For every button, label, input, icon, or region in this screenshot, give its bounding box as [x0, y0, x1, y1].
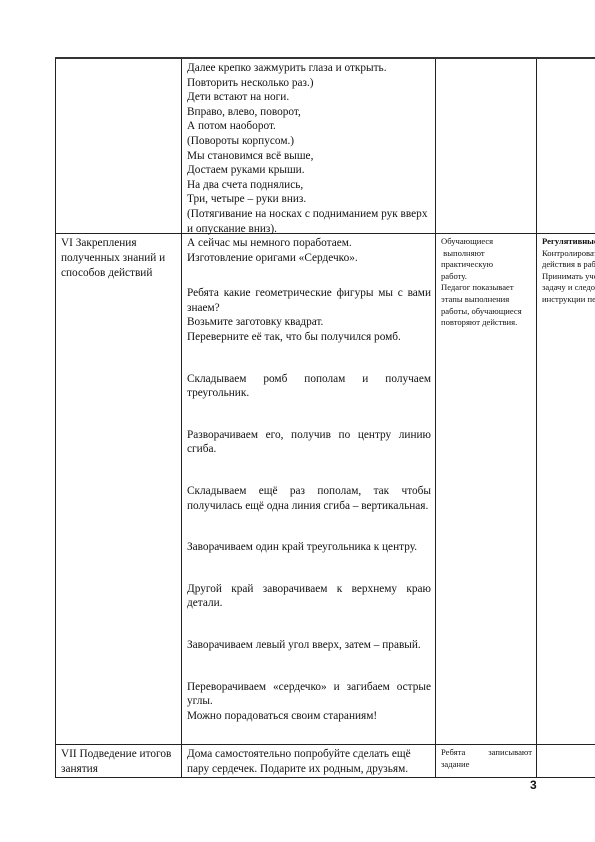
content-line: Достаем руками крыши. — [187, 163, 431, 178]
activity-line: Обучающиеся — [441, 236, 532, 248]
content-line: Вправо, влево, поворот, — [187, 105, 431, 120]
content-line: Дети встают на ноги. — [187, 90, 431, 105]
uud-cell — [536, 59, 595, 233]
activity-line: работу. — [441, 271, 532, 283]
content-cell: Дома самостоятельно попробуйте сделать е… — [181, 745, 435, 777]
content-line: А сейчас мы немного поработаем. — [187, 236, 431, 251]
activity-line: Педагог показывает этапы выполнения рабо… — [441, 282, 532, 328]
spacer — [187, 555, 431, 582]
uud-line: действия в работе — [542, 259, 595, 271]
step: Другой край заворачиваем к верхнему краю… — [187, 582, 431, 611]
activity-line: выполняют — [441, 248, 532, 260]
content-line: Можно порадоваться своим стараниям! — [187, 709, 431, 724]
content-line: Возьмите заготовку квадрат. — [187, 315, 431, 330]
content-line: Три, четыре – руки вниз. — [187, 192, 431, 207]
step: Заворачиваем один край треугольника к це… — [187, 540, 431, 555]
uud-cell: Регулятивные Контролировать действия в р… — [536, 234, 595, 744]
step: Переворачиваем «сердечко» и загибаем ост… — [187, 680, 431, 709]
table-row: VII Подведение итогов занятия Дома самос… — [55, 745, 595, 778]
uud-line: задачу и следовать — [542, 282, 595, 294]
content-cell: Далее крепко зажмурить глаза и открыть. … — [181, 59, 435, 233]
content-line: Ребята какие геометрические фигуры мы с … — [187, 286, 431, 315]
page-number: 3 — [530, 778, 537, 792]
content-line: (Потягивание на носках с подниманием рук… — [187, 207, 431, 236]
step: Складываем ещё раз пополам, так чтобы по… — [187, 484, 431, 513]
stage-cell: VII Подведение итогов занятия — [55, 745, 181, 777]
content-line: Мы становимся всё выше, — [187, 149, 431, 164]
spacer — [187, 513, 431, 540]
activity-cell: Обучающиеся выполняют практическую работ… — [435, 234, 536, 744]
spacer — [187, 611, 431, 638]
content-line: Переверните её так, что бы получился ром… — [187, 330, 431, 345]
uud-title: Регулятивные — [542, 236, 595, 248]
step: Складываем ромб пополам и получаем треуг… — [187, 372, 431, 401]
step: Разворачиваем его, получив по центру лин… — [187, 428, 431, 457]
table-row: Далее крепко зажмурить глаза и открыть. … — [55, 59, 595, 234]
lesson-plan-table: Далее крепко зажмурить глаза и открыть. … — [55, 57, 595, 778]
content-line: А потом наоборот. — [187, 119, 431, 134]
activity-line: практическую — [441, 259, 532, 271]
content-line: На два счета поднялись, — [187, 178, 431, 193]
content-line: Дома самостоятельно попробуйте сделать е… — [187, 747, 431, 776]
spacer — [187, 345, 431, 372]
content-line: Изготовление оригами «Сердечко». — [187, 251, 431, 266]
step: Заворачиваем левый угол вверх, затем – п… — [187, 638, 431, 653]
stage-cell — [55, 59, 181, 233]
spacer — [187, 457, 431, 484]
content-line: Повторить несколько раз.) — [187, 76, 431, 91]
uud-line: Принимать учебную — [542, 271, 595, 283]
content-line: Далее крепко зажмурить глаза и открыть. — [187, 61, 431, 76]
stage-cell: VI Закрепления полученных знаний и спосо… — [55, 234, 181, 744]
uud-line: инструкции педагога — [542, 294, 595, 306]
uud-line: Контролировать — [542, 248, 595, 260]
table-row: VI Закрепления полученных знаний и спосо… — [55, 234, 595, 745]
activity-cell — [435, 59, 536, 233]
content-cell: А сейчас мы немного поработаем. Изготовл… — [181, 234, 435, 744]
spacer — [187, 653, 431, 680]
spacer — [187, 265, 431, 286]
content-line: (Повороты корпусом.) — [187, 134, 431, 149]
spacer — [187, 401, 431, 428]
activity-cell: Ребята записывают задание — [435, 745, 536, 777]
uud-cell — [536, 745, 595, 777]
